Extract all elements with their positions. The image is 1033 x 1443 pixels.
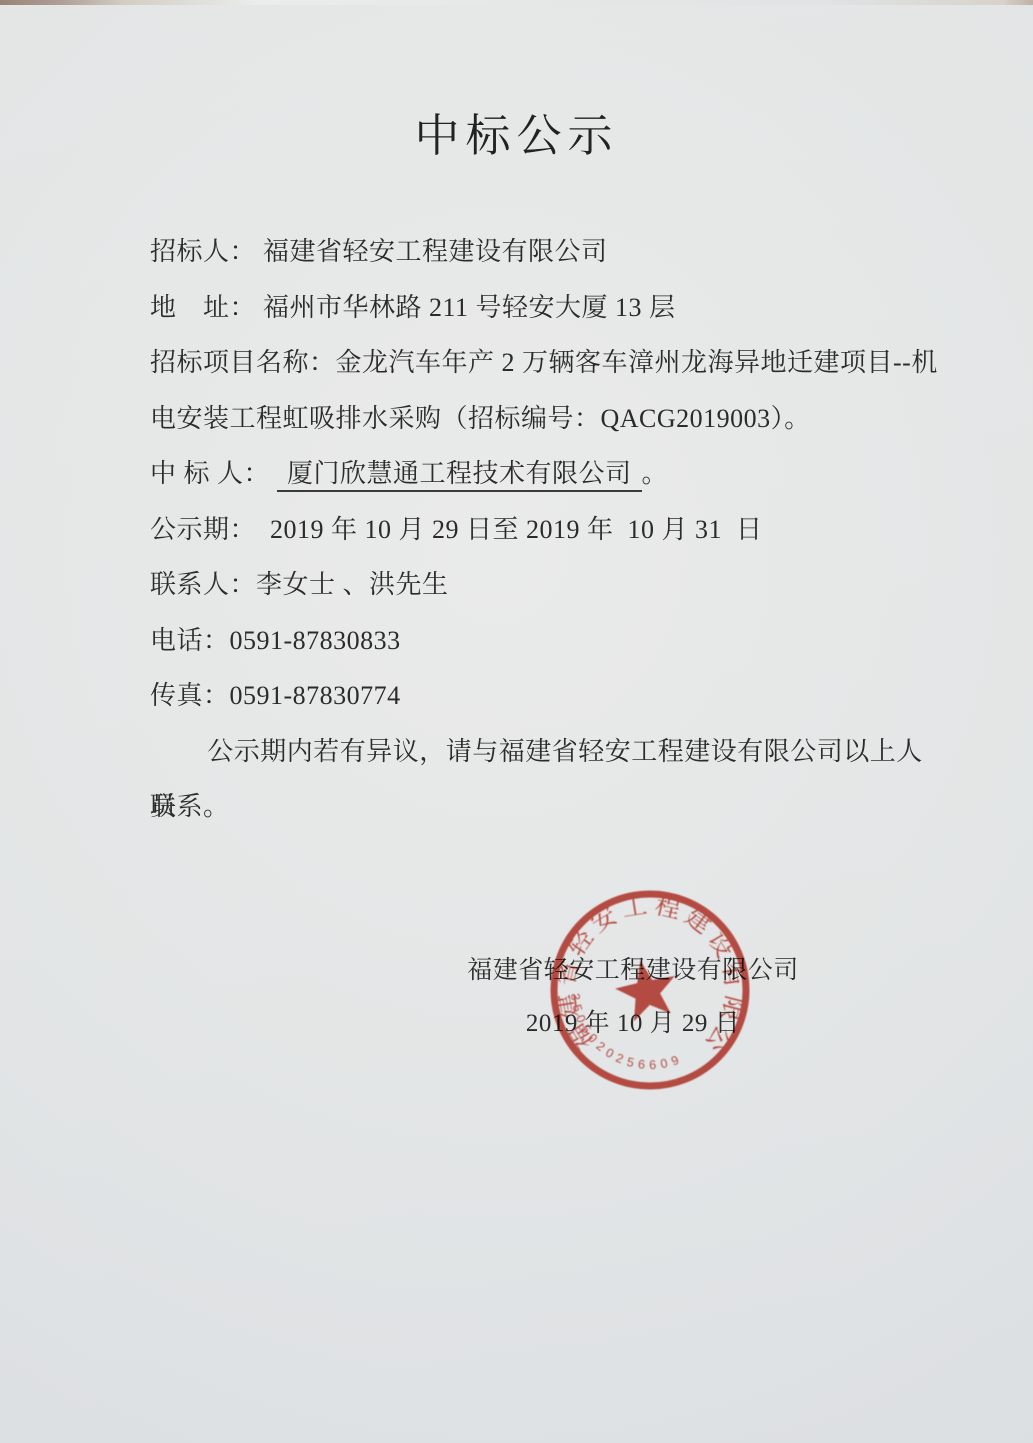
winner-suffix: 。 — [642, 459, 669, 488]
document-body: 招标人： 福建省轻安工程建设有限公司 地 址： 福州市华林路 211 号轻安大厦… — [150, 224, 940, 835]
line-winner: 中 标 人： 厦门欣慧通工程技术有限公司。 — [150, 446, 940, 502]
line-notice-1: 公示期内若有异议，请与福建省轻安工程建设有限公司以上人员 — [150, 724, 940, 780]
line-notice-2: 联系。 — [150, 779, 940, 835]
line-address: 地 址： 福州市华林路 211 号轻安大厦 13 层 — [150, 280, 940, 336]
line-contacts: 联系人：李女士 、洪先生 — [150, 557, 940, 613]
line-bidder: 招标人： 福建省轻安工程建设有限公司 — [150, 224, 940, 280]
red-star-icon — [611, 954, 683, 1023]
scanned-document-page: 中标公示 招标人： 福建省轻安工程建设有限公司 地 址： 福州市华林路 211 … — [0, 0, 1033, 1443]
company-seal-stamp: 福建省轻安工程建设有限公司 3505020256609 — [545, 885, 755, 1095]
line-project-2: 电安装工程虹吸排水采购（招标编号：QACG2019003）。 — [150, 391, 940, 447]
line-phone: 电话：0591-87830833 — [150, 613, 940, 669]
line-project-1: 招标项目名称：金龙汽车年产 2 万辆客车漳州龙海异地迁建项目--机 — [150, 335, 940, 391]
document-title: 中标公示 — [0, 108, 1033, 164]
winner-label: 中 标 人： — [150, 459, 270, 488]
line-fax: 传真：0591-87830774 — [150, 668, 940, 724]
scan-edge-artifact — [0, 0, 1033, 5]
line-period: 公示期： 2019 年 10 月 29 日至 2019 年 10 月 31 日 — [150, 502, 940, 558]
winner-name: 厦门欣慧通工程技术有限公司 — [277, 458, 642, 492]
